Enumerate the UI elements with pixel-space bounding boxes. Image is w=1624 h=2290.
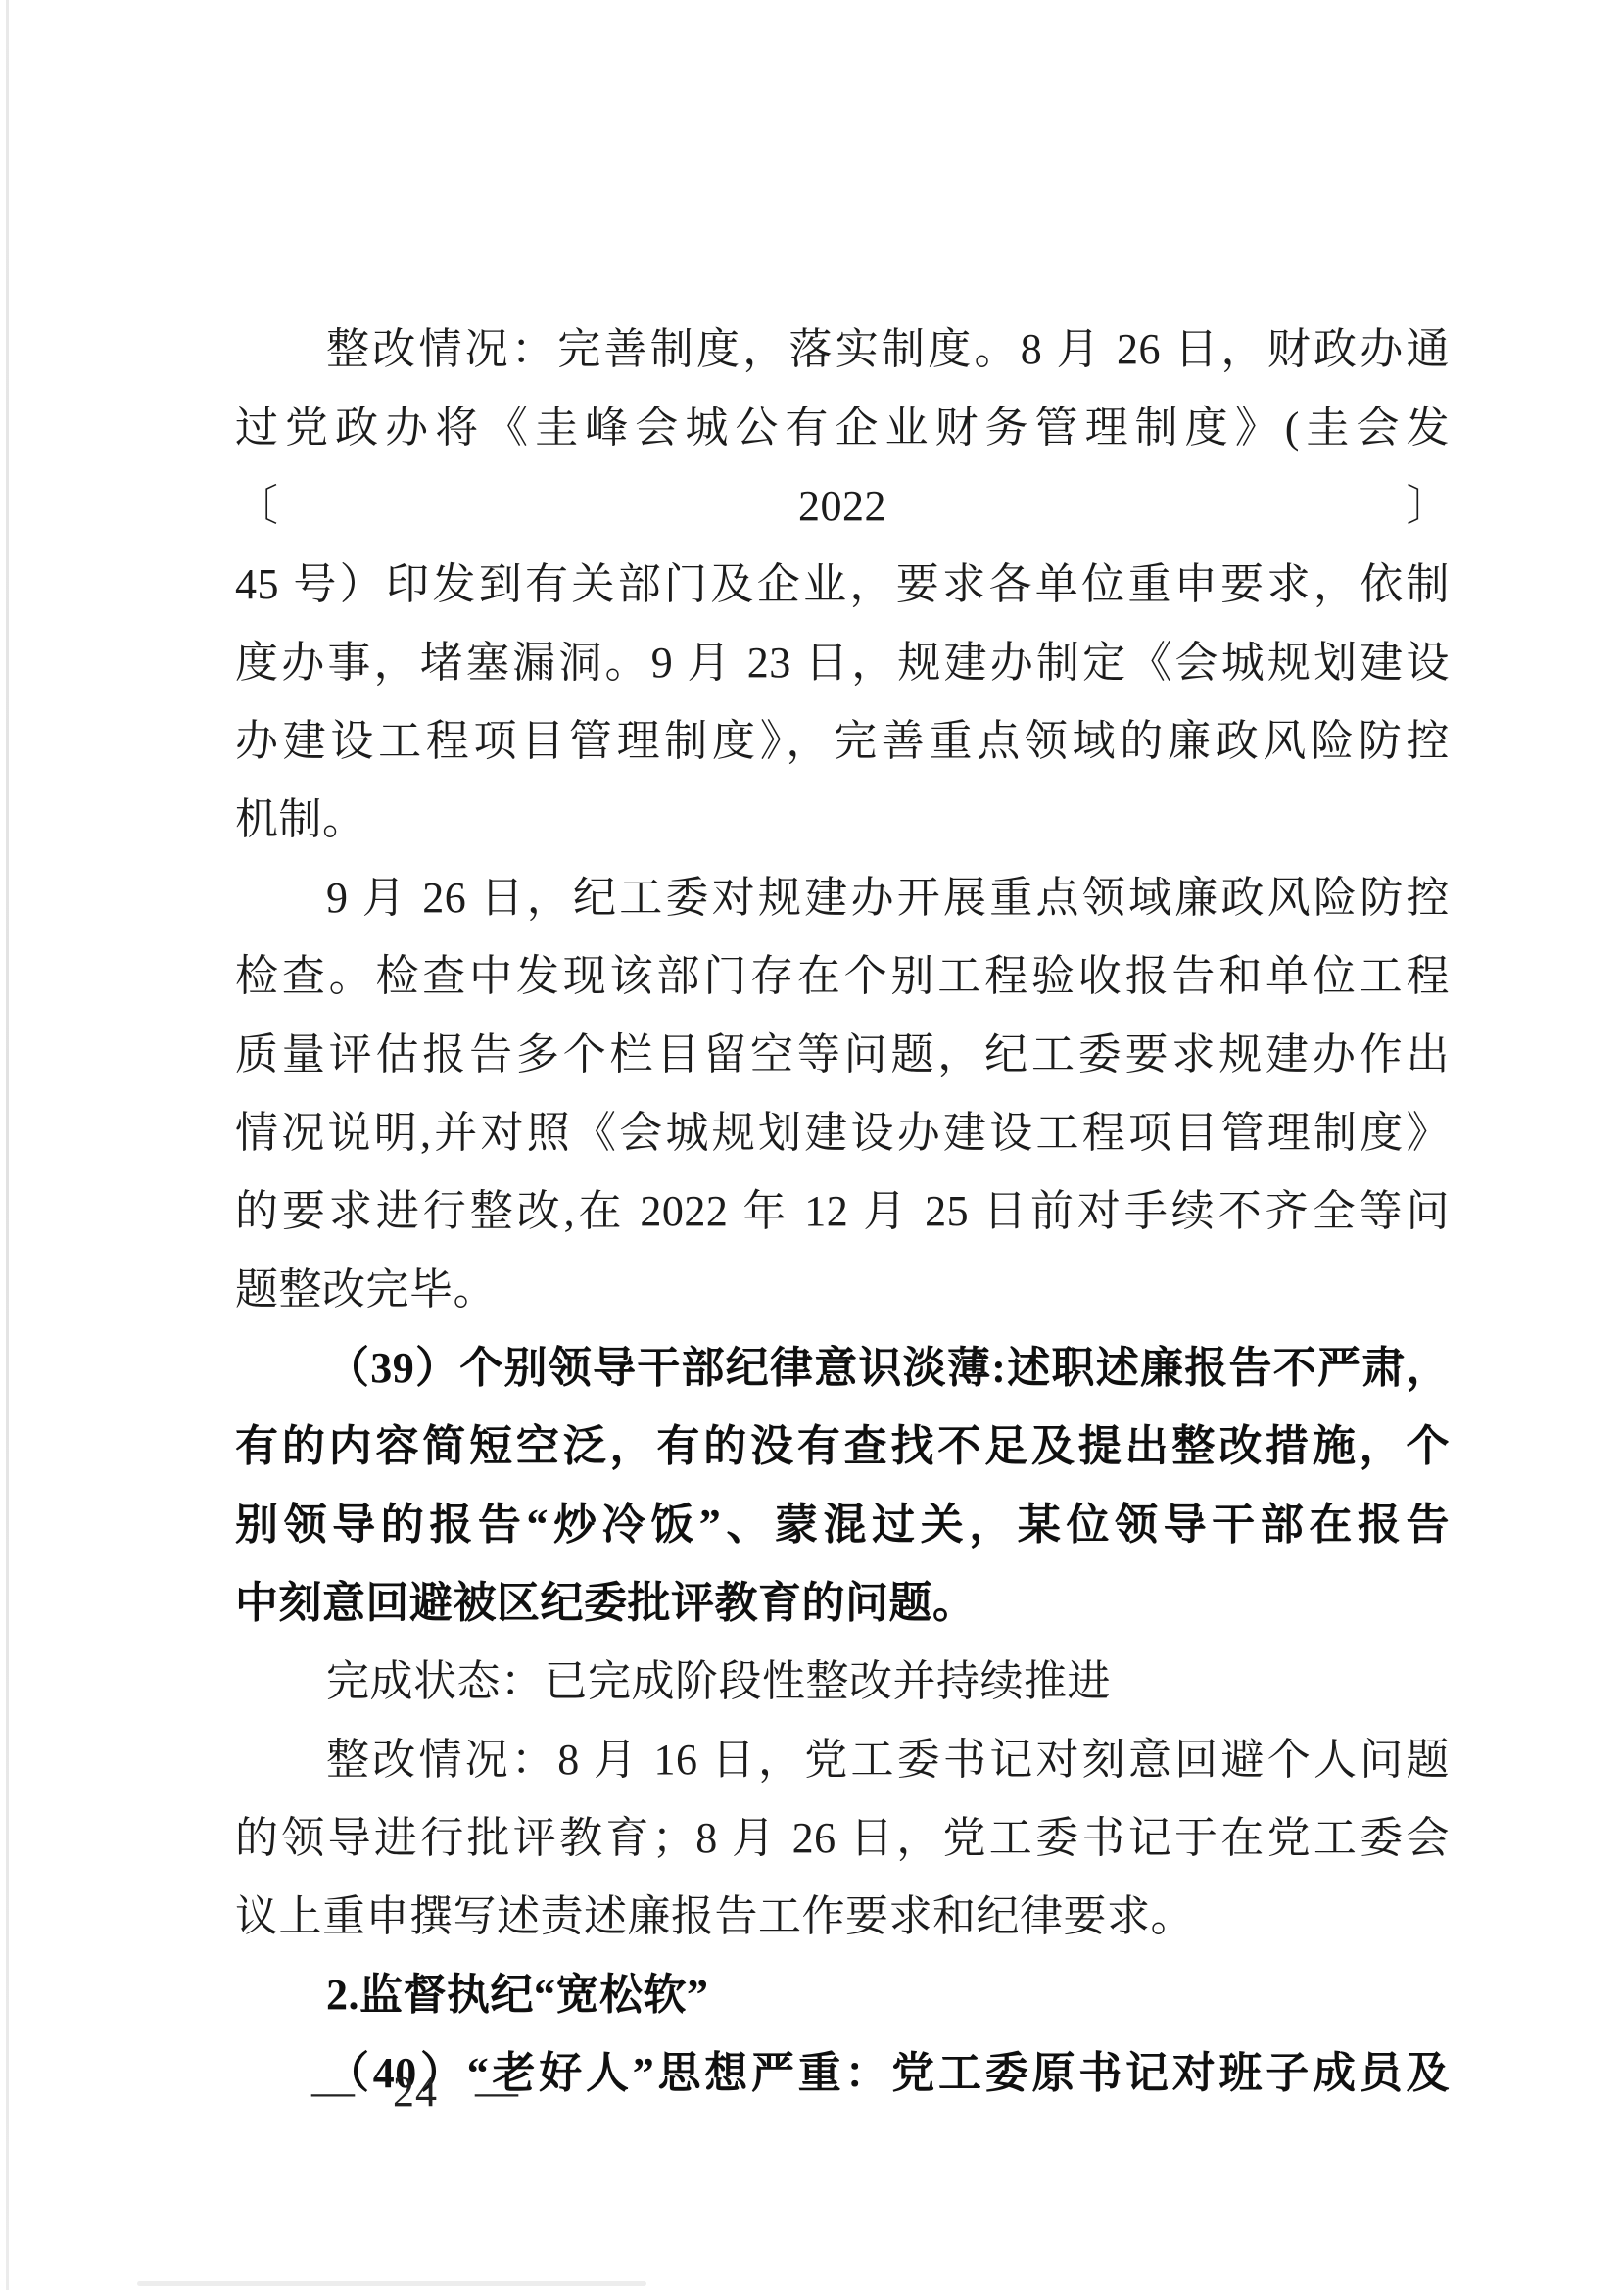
page-number: — 24 —: [311, 2069, 519, 2116]
text-line: 有的内容简短空泛，有的没有查找不足及提出整改措施，个: [235, 1407, 1450, 1486]
text-line: 的领导进行批评教育；8 月 26 日，党工委书记于在党工委会: [235, 1799, 1450, 1878]
text-line: 机制。: [235, 781, 1450, 859]
text-line: 质量评估报告多个栏目留空等问题，纪工委要求规建办作出: [235, 1016, 1450, 1094]
text-line: 整改情况：8 月 16 日，党工委书记对刻意回避个人问题: [235, 1721, 1450, 1799]
text-line: 议上重申撰写述责述廉报告工作要求和纪律要求。: [235, 1878, 1450, 1956]
scan-smudge-artifact: [137, 2281, 646, 2286]
text-line: 整改情况：完善制度，落实制度。8 月 26 日，财政办通: [235, 310, 1450, 389]
text-line: 2.监督执纪“宽松软”: [235, 1956, 1450, 2034]
text-line: 45 号）印发到有关部门及企业，要求各单位重申要求，依制: [235, 546, 1450, 624]
scan-edge-artifact: [6, 0, 9, 2290]
text-line: （39）个别领导干部纪律意识淡薄:述职述廉报告不严肃，: [235, 1329, 1450, 1407]
text-line: 办建设工程项目管理制度》，完善重点领域的廉政风险防控: [235, 702, 1450, 781]
text-line: 情况说明,并对照《会城规划建设办建设工程项目管理制度》: [235, 1094, 1450, 1172]
document-page: 整改情况：完善制度，落实制度。8 月 26 日，财政办通过党政办将《圭峰会城公有…: [0, 0, 1624, 2290]
text-line: 题整改完毕。: [235, 1251, 1450, 1329]
text-line: 检查。检查中发现该部门存在个别工程验收报告和单位工程: [235, 937, 1450, 1016]
text-line: 中刻意回避被区纪委批评教育的问题。: [235, 1564, 1450, 1643]
text-line: 的要求进行整改,在 2022 年 12 月 25 日前对手续不齐全等问: [235, 1172, 1450, 1251]
text-line: 度办事，堵塞漏洞。9 月 23 日，规建办制定《会城规划建设: [235, 624, 1450, 702]
document-text: 整改情况：完善制度，落实制度。8 月 26 日，财政办通过党政办将《圭峰会城公有…: [235, 310, 1450, 2113]
text-line: 过党政办将《圭峰会城公有企业财务管理制度》(圭会发〔2022〕: [235, 389, 1450, 546]
text-line: 别领导的报告“炒冷饭”、蒙混过关，某位领导干部在报告: [235, 1486, 1450, 1564]
text-line: 完成状态：已完成阶段性整改并持续推进: [235, 1643, 1450, 1721]
text-line: 9 月 26 日，纪工委对规建办开展重点领域廉政风险防控: [235, 859, 1450, 937]
